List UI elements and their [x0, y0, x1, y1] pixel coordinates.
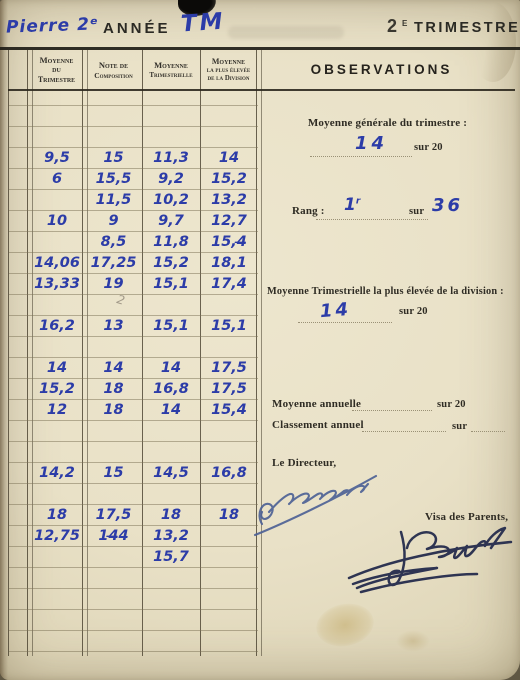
- grade-cell: 11,3: [142, 148, 200, 169]
- column-header: Note deComposition: [85, 53, 142, 87]
- grade-row: [8, 337, 258, 358]
- rang-number: 1: [344, 195, 356, 215]
- grade-row: 11,510,213,2: [8, 190, 258, 211]
- column-header-line: Note de: [99, 60, 128, 71]
- grade-cell: 13,2: [142, 526, 200, 547]
- grade-cell: 17,5: [200, 358, 258, 379]
- parents-signature: [345, 518, 517, 602]
- column-header-line: Moyenne: [212, 57, 245, 67]
- grade-row: 12,7514̶413,2: [8, 526, 258, 547]
- column-header: MoyenneTrimestrielle: [142, 53, 200, 87]
- grade-cell: 13: [85, 316, 142, 337]
- grade-table-body: 9,51511,314615,59,215,211,510,213,21099,…: [8, 85, 258, 652]
- sur-20-label: sur 20: [437, 399, 466, 410]
- grade-cell: 16,8: [142, 379, 200, 400]
- annee-value-handwritten: TM: [180, 8, 226, 37]
- grade-cell: 17,5: [200, 379, 258, 400]
- fill-in-line: [352, 409, 432, 411]
- grade-cell: 14,06: [29, 253, 85, 274]
- annee-label: ANNÉE: [103, 20, 171, 37]
- grade-cell: 15,2: [200, 169, 258, 190]
- grade-cell: 8,5: [85, 232, 142, 253]
- grade-cell: 10,2: [142, 190, 200, 211]
- trimestre-number: 2: [387, 16, 397, 37]
- paper-left-edge-shadow: [0, 0, 8, 680]
- grade-cell: 6: [29, 169, 85, 190]
- fill-in-line: [362, 430, 446, 432]
- grade-cell: 17,5: [85, 505, 142, 526]
- grade-row: 8,511,815,4̶: [8, 232, 258, 253]
- grade-cell: 18,1: [200, 253, 258, 274]
- fill-in-line: [471, 430, 505, 432]
- moyenne-generale-value: 14: [355, 133, 388, 154]
- grade-cell: 17,4: [200, 274, 258, 295]
- grade-cell: 15: [85, 463, 142, 484]
- grade-cell: 14: [142, 358, 200, 379]
- column-header-line: Trimestre: [38, 75, 75, 85]
- trimestre-ordinal-suffix: E: [402, 19, 407, 28]
- grade-row: 15,7: [8, 547, 258, 568]
- grade-cell: 12,7: [200, 211, 258, 232]
- grade-cell: 14: [200, 148, 258, 169]
- grade-row: 14,0617,2515,218,1: [8, 253, 258, 274]
- grade-cell: 9,2: [142, 169, 200, 190]
- grade-row: 15,21816,817,5: [8, 379, 258, 400]
- classement-annuel-label: Classement annuel: [272, 419, 364, 431]
- column-header: Moyennela plus élevéede la Division: [200, 53, 257, 87]
- grade-row: [8, 631, 258, 652]
- plus-elevee-label: Moyenne Trimestrielle la plus élevée de …: [267, 286, 507, 297]
- grade-cell: 14,5: [142, 463, 200, 484]
- paper-stain: [312, 598, 377, 651]
- grade-cell: 13,33: [29, 274, 85, 295]
- grade-cell: 16,2: [29, 316, 85, 337]
- rang-total-value: 36: [432, 195, 463, 216]
- grade-cell: 15,1: [142, 274, 200, 295]
- grade-cell: 15,1: [200, 316, 258, 337]
- grade-cell: 16,8: [200, 463, 258, 484]
- grade-cell: 18: [29, 505, 85, 526]
- grade-cell: 15,5: [85, 169, 142, 190]
- report-card-paper: Pierre 2ᵉ ANNÉE TM 2 E TRIMESTRE Moyenne…: [0, 0, 520, 680]
- column-header-line: Moyenne: [154, 60, 188, 71]
- moyenne-annuelle-label: Moyenne annuelle: [272, 398, 361, 410]
- column-header-line: Moyenne: [40, 55, 74, 66]
- observations-header: OBSERVATIONS: [258, 62, 505, 77]
- grade-cell: 18: [200, 505, 258, 526]
- grade-cell: 14,2: [29, 463, 85, 484]
- grade-row: [8, 568, 258, 589]
- fill-in-line: [316, 218, 428, 220]
- grade-cell: 9,7: [142, 211, 200, 232]
- grade-cell: 15,4̶: [200, 232, 258, 253]
- column-header-line: Trimestrielle: [149, 71, 192, 80]
- grade-row: [8, 484, 258, 505]
- rang-value: 1r: [344, 195, 360, 215]
- column-header-line: du: [52, 65, 61, 75]
- rang-ordinal-suffix: r: [356, 196, 360, 206]
- paper-stain: [396, 630, 430, 652]
- grade-row: [8, 589, 258, 610]
- column-header: MoyenneduTrimestre: [29, 53, 84, 87]
- grade-row: 615,59,215,2: [8, 169, 258, 190]
- sur-20-label: sur 20: [399, 306, 428, 317]
- grade-cell: 14̶4: [85, 526, 142, 547]
- trimestre-label: TRIMESTRE: [414, 20, 520, 36]
- classement-sur-label: sur: [452, 421, 467, 432]
- grade-row: [8, 421, 258, 442]
- grade-cell: 18: [142, 505, 200, 526]
- grade-cell: 18: [85, 400, 142, 421]
- grade-row: [8, 442, 258, 463]
- grade-row: 14141417,5: [8, 358, 258, 379]
- grade-cell: 14: [85, 358, 142, 379]
- grade-cell: 15,1: [142, 316, 200, 337]
- grade-row: [8, 295, 258, 316]
- grade-cell: 12: [29, 400, 85, 421]
- grade-row: [8, 106, 258, 127]
- grade-cell: 14: [29, 358, 85, 379]
- bleedthrough-smudge: [228, 26, 344, 39]
- grade-cell: 9,5: [29, 148, 85, 169]
- plus-elevee-value: 14: [319, 299, 351, 322]
- column-header-line: la plus élevée: [207, 67, 250, 75]
- grade-cell: 15,7: [142, 547, 200, 568]
- rang-label: Rang :: [292, 205, 325, 217]
- grade-row: [8, 85, 258, 106]
- grade-cell: 15,2: [142, 253, 200, 274]
- grade-cell: 13,2: [200, 190, 258, 211]
- grade-row: [8, 610, 258, 631]
- student-name-handwritten: Pierre 2ᵉ: [6, 14, 100, 37]
- sur-20-label: sur 20: [414, 142, 443, 153]
- fill-in-line: [310, 155, 412, 157]
- moyenne-generale-label: Moyenne générale du trimestre :: [270, 117, 505, 129]
- grade-cell: 19: [85, 274, 142, 295]
- grade-row: 16,21315,115,1: [8, 316, 258, 337]
- rang-sur-label: sur: [409, 206, 424, 217]
- grade-cell: 14: [142, 400, 200, 421]
- grade-cell: 9: [85, 211, 142, 232]
- grade-cell: 15: [85, 148, 142, 169]
- grade-cell: 17,25: [85, 253, 142, 274]
- grade-row: 13,331915,117,4: [8, 274, 258, 295]
- grade-row: 1099,712,7: [8, 211, 258, 232]
- fill-in-line: [298, 321, 392, 323]
- grade-cell: 12,75: [29, 526, 85, 547]
- grade-cell: 10: [29, 211, 85, 232]
- column-header-line: Composition: [94, 71, 132, 80]
- grade-row: 12181415,4: [8, 400, 258, 421]
- grade-cell: 11,8: [142, 232, 200, 253]
- grade-row: 1817,51818: [8, 505, 258, 526]
- grade-row: 14,21514,516,8: [8, 463, 258, 484]
- column-header-line: de la Division: [208, 75, 250, 83]
- grade-row: [8, 127, 258, 148]
- grade-cell: 15,2: [29, 379, 85, 400]
- grade-cell: 18: [85, 379, 142, 400]
- grade-row: 9,51511,314: [8, 148, 258, 169]
- grade-cell: 15,4: [200, 400, 258, 421]
- grade-cell: 11,5: [85, 190, 142, 211]
